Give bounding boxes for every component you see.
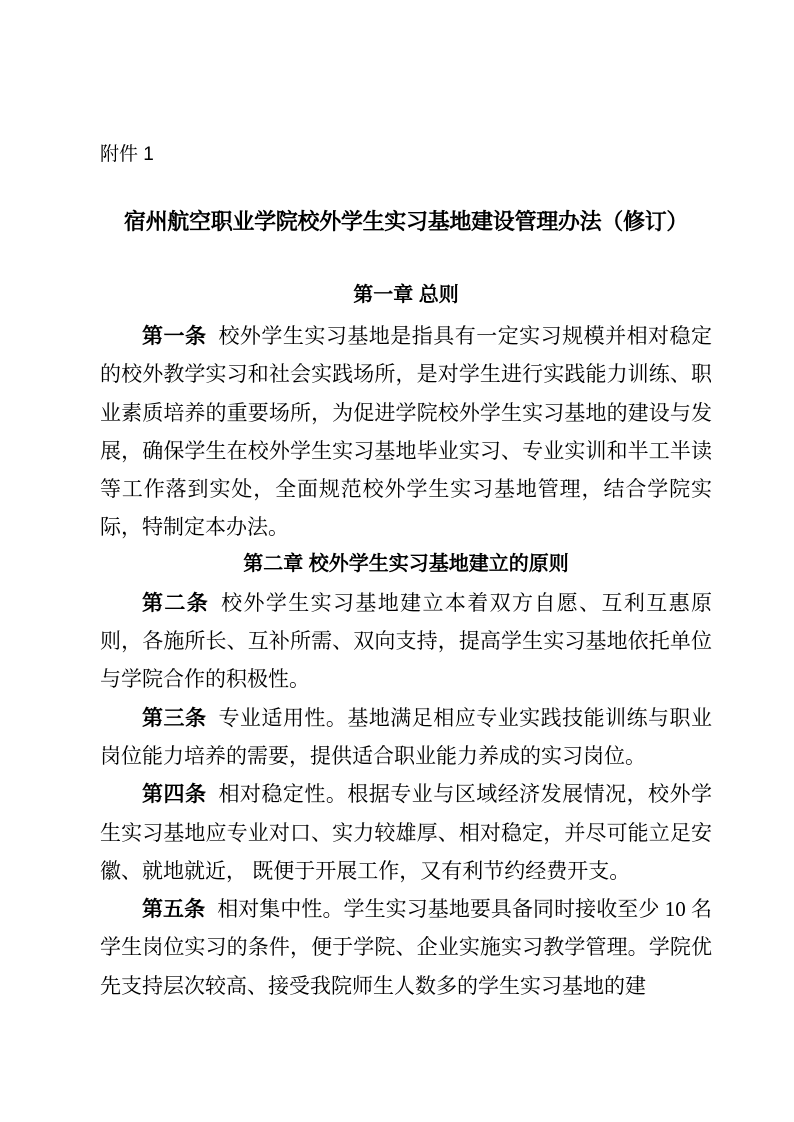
article-1-label: 第一条	[142, 324, 206, 348]
chapter-2-heading: 第二章 校外学生实习基地建立的原则	[100, 552, 712, 576]
article-5-paragraph: 第五条相对集中性。学生实习基地要具备同时接收至少 10 名学生岗位实习的条件，便…	[100, 890, 712, 1005]
document-page: 附件 1 宿州航空职业学院校外学生实习基地建设管理办法（修订） 第一章 总则 第…	[0, 0, 794, 1122]
article-1-text: 校外学生实习基地是指具有一定实习规模并相对稳定的校外教学实习和社会实践场所，是对…	[100, 324, 712, 539]
article-5-label: 第五条	[142, 897, 205, 921]
article-4-paragraph: 第四条相对稳定性。根据专业与区域经济发展情况，校外学生实习基地应专业对口、实力较…	[100, 775, 712, 890]
article-3-paragraph: 第三条专业适用性。基地满足相应专业实践技能训练与职业岗位能力培养的需要，提供适合…	[100, 699, 712, 776]
article-2-paragraph: 第二条校外学生实习基地建立本着双方自愿、互利互惠原则，各施所长、互补所需、双向支…	[100, 584, 712, 699]
attachment-label: 附件 1	[100, 143, 712, 167]
page-content: 附件 1 宿州航空职业学院校外学生实习基地建设管理办法（修订） 第一章 总则 第…	[0, 0, 794, 1005]
chapter-1-heading: 第一章 总则	[100, 283, 712, 307]
document-title: 宿州航空职业学院校外学生实习基地建设管理办法（修订）	[100, 207, 712, 237]
article-1-paragraph: 第一条校外学生实习基地是指具有一定实习规模并相对稳定的校外教学实习和社会实践场所…	[100, 317, 712, 547]
article-3-label: 第三条	[142, 706, 206, 730]
article-2-label: 第二条	[142, 591, 209, 615]
article-4-label: 第四条	[142, 782, 206, 806]
